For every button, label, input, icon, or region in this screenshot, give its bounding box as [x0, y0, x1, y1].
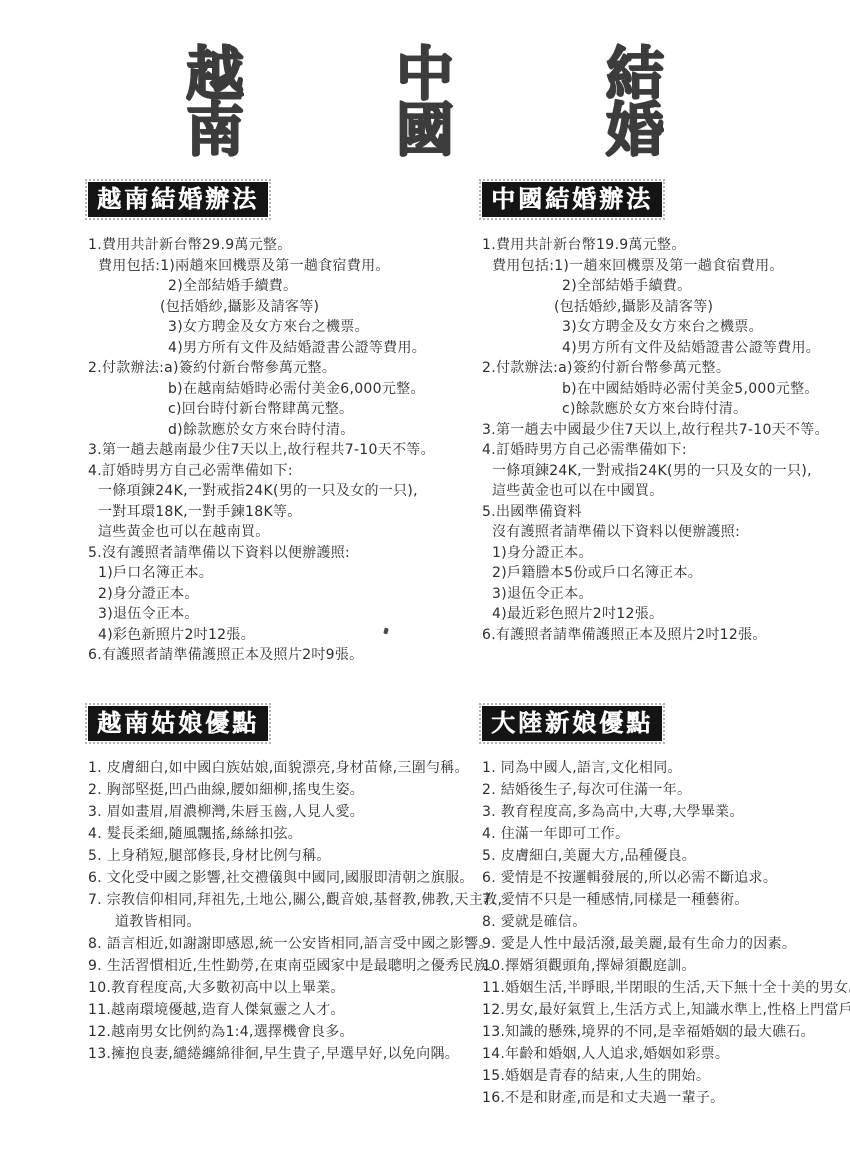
text-line: 8. 愛就是確信。 [482, 911, 850, 933]
text-line: 7. 宗教信仰相同,拜祖先,土地公,關公,觀音娘,基督教,佛教,天主教, [88, 889, 468, 911]
text-line: 2)身分證正本。 [88, 584, 460, 605]
text-line: 7. 愛情不只是一種感情,同樣是一種藝術。 [482, 889, 850, 911]
text-line: 5.出國準備資料 [482, 502, 848, 523]
text-line: 2)全部結婚手續費。 [88, 276, 460, 297]
text-line: 12.男女,最好氣質上,生活方式上,知識水準上,性格上門當戶對。 [482, 999, 850, 1021]
text-line: (包括婚紗,攝影及請客等) [88, 297, 460, 318]
text-line: 10.教育程度高,大多數初高中以上畢業。 [88, 977, 468, 999]
text-line: 11.越南環境優越,造育人傑氣靈之人才。 [88, 999, 468, 1021]
text-line: 4. 髮長柔細,隨風飄搖,絲絲扣弦。 [88, 823, 468, 845]
text-line: 1. 同為中國人,語言,文化相同。 [482, 757, 850, 779]
title-word-china: 中 國 [396, 46, 454, 158]
section-vietnam-girls-advantages: 越南姑娘優點 1. 皮膚細白,如中國白族姑娘,面貌漂亮,身材苗條,三圍勻稱。2.… [88, 706, 468, 1065]
text-line: 12.越南男女比例約為1:4,選擇機會良多。 [88, 1021, 468, 1043]
text-line: 4)最近彩色照片2吋12張。 [482, 604, 848, 625]
text-line: 一條項鍊24K,一對戒指24K(男的一只及女的一只), [482, 461, 848, 482]
title-char: 結 [606, 46, 664, 102]
text-line: 3. 眉如畫眉,眉濃柳灣,朱唇玉齒,人見人愛。 [88, 801, 468, 823]
text-line: 3. 教育程度高,多為高中,大專,大學畢業。 [482, 801, 850, 823]
text-line: 6.有護照者請準備護照正本及照片2吋9張。 [88, 645, 460, 666]
section-vietnam-marriage-procedure: 越南結婚辦法 1.費用共計新台幣29.9萬元整。費用包括:1)兩趟來回機票及第一… [88, 182, 460, 666]
section-body-china-procedure: 1.費用共計新台幣19.9萬元整。費用包括:1)一趟來回機票及第一趟食宿費用。2… [482, 235, 848, 645]
title-char: 婚 [606, 102, 664, 158]
text-line: 6. 文化受中國之影響,社交禮儀與中國同,國服即清朝之旗服。 [88, 867, 468, 889]
text-line: 6.有護照者請準備護照正本及照片2吋12張。 [482, 625, 848, 646]
text-line: 3.第一趟去中國最少住7天以上,故行程共7-10天不等。 [482, 420, 848, 441]
title-char: 越 [186, 46, 244, 102]
title-word-vietnam: 越 南 [186, 46, 244, 158]
text-line: 10.擇婿須觀頭角,擇婦須觀庭訓。 [482, 955, 850, 977]
text-line: 2.付款辦法:a)簽約付新台幣參萬元整。 [482, 358, 848, 379]
text-line: 費用包括:1)一趟來回機票及第一趟食宿費用。 [482, 256, 848, 277]
text-line: 3)女方聘金及女方來台之機票。 [88, 317, 460, 338]
text-line: b)在中國結婚時必需付美金5,000元整。 [482, 379, 848, 400]
text-line: 1.費用共計新台幣19.9萬元整。 [482, 235, 848, 256]
text-line: 4.訂婚時男方自己必需準備如下: [88, 461, 460, 482]
text-line: (包括婚紗,攝影及請客等) [482, 297, 848, 318]
text-line: 5. 皮膚細白,美麗大方,品種優良。 [482, 845, 850, 867]
text-line: 費用包括:1)兩趟來回機票及第一趟食宿費用。 [88, 256, 460, 277]
text-line: c)回台時付新台幣肆萬元整。 [88, 399, 460, 420]
text-line: 5. 上身稍短,腿部修長,身材比例勻稱。 [88, 845, 468, 867]
text-line: 1)身分證正本。 [482, 543, 848, 564]
text-line: 5.沒有護照者請準備以下資料以便辦護照: [88, 543, 460, 564]
section-china-marriage-procedure: 中國結婚辦法 1.費用共計新台幣19.9萬元整。費用包括:1)一趟來回機票及第一… [482, 182, 848, 645]
text-line: 這些黃金也可以在越南買。 [88, 522, 460, 543]
text-line: 2.付款辦法:a)簽約付新台幣參萬元整。 [88, 358, 460, 379]
text-line: 這些黃金也可以在中國買。 [482, 481, 848, 502]
section-header-vietnam-advantages: 越南姑娘優點 [88, 706, 268, 741]
text-line: 2)全部結婚手續費。 [482, 276, 848, 297]
text-line: 9. 生活習慣相近,生性勤勞,在東南亞國家中是最聰明之優秀民族。 [88, 955, 468, 977]
text-line: 道教皆相同。 [88, 911, 468, 933]
section-body-vietnam-procedure: 1.費用共計新台幣29.9萬元整。費用包括:1)兩趟來回機票及第一趟食宿費用。2… [88, 235, 460, 666]
text-line: 4. 住滿一年即可工作。 [482, 823, 850, 845]
section-body-vietnam-advantages: 1. 皮膚細白,如中國白族姑娘,面貌漂亮,身材苗條,三圍勻稱。2. 胸部堅挺,凹… [88, 757, 468, 1065]
text-line: 4)男方所有文件及結婚證書公證等費用。 [482, 338, 848, 359]
text-line: 3)退伍令正本。 [88, 604, 460, 625]
title-char: 南 [186, 102, 244, 158]
text-line: c)餘款應於女方來台時付清。 [482, 399, 848, 420]
text-line: 9. 愛是人性中最活潑,最美麗,最有生命力的因素。 [482, 933, 850, 955]
text-line: 一條項鍊24K,一對戒指24K(男的一只及女的一只), [88, 481, 460, 502]
text-line: 4)彩色新照片2吋12張。 [88, 625, 460, 646]
text-line: 2. 胸部堅挺,凹凸曲線,腰如細柳,搖曳生姿。 [88, 779, 468, 801]
text-line: 8. 語言相近,如謝謝即感恩,統一公安皆相同,語言受中國之影響。 [88, 933, 468, 955]
title-char: 國 [396, 102, 454, 158]
text-line: 11.婚姻生活,半睜眼,半閉眼的生活,天下無十全十美的男女。 [482, 977, 850, 999]
text-line: 16.不是和財產,而是和丈夫過一輩子。 [482, 1087, 850, 1109]
text-line: 13.知識的懸殊,境界的不同,是幸福婚姻的最大礁石。 [482, 1021, 850, 1043]
text-line: 3)退伍令正本。 [482, 584, 848, 605]
section-mainland-brides-advantages: 大陸新娘優點 1. 同為中國人,語言,文化相同。2. 結婚後生子,每次可住滿一年… [482, 706, 850, 1109]
text-line: 4.訂婚時男方自己必需準備如下: [482, 440, 848, 461]
section-header-vietnam-procedure: 越南結婚辦法 [88, 182, 268, 217]
text-line: 3.第一趟去越南最少住7天以上,故行程共7-10天不等。 [88, 440, 460, 461]
section-header-china-procedure: 中國結婚辦法 [482, 182, 662, 217]
text-line: 6. 愛情是不按邏輯發展的,所以必需不斷追求。 [482, 867, 850, 889]
text-line: b)在越南結婚時必需付美金6,000元整。 [88, 379, 460, 400]
text-line: 2)戶籍謄本5份或戶口名簿正本。 [482, 563, 848, 584]
text-line: 1)戶口名簿正本。 [88, 563, 460, 584]
document-title: 越 南 中 國 結 婚 [0, 46, 850, 158]
text-line: 4)男方所有文件及結婚證書公證等費用。 [88, 338, 460, 359]
text-line: 沒有護照者請準備以下資料以便辦護照: [482, 522, 848, 543]
text-line: 14.年齡和婚姻,人人追求,婚姻如彩票。 [482, 1043, 850, 1065]
text-line: 3)女方聘金及女方來台之機票。 [482, 317, 848, 338]
title-char: 中 [396, 46, 454, 102]
section-header-mainland-advantages: 大陸新娘優點 [482, 706, 662, 741]
text-line: 15.婚姻是青春的結束,人生的開始。 [482, 1065, 850, 1087]
title-word-marriage: 結 婚 [606, 46, 664, 158]
section-body-mainland-advantages: 1. 同為中國人,語言,文化相同。2. 結婚後生子,每次可住滿一年。3. 教育程… [482, 757, 850, 1109]
text-line: 13.擁抱良妻,繾綣纏綿徘徊,早生貴子,早選早好,以免向隅。 [88, 1043, 468, 1065]
text-line: 1.費用共計新台幣29.9萬元整。 [88, 235, 460, 256]
text-line: 2. 結婚後生子,每次可住滿一年。 [482, 779, 850, 801]
text-line: 一對耳環18K,一對手鍊18K等。 [88, 502, 460, 523]
text-line: 1. 皮膚細白,如中國白族姑娘,面貌漂亮,身材苗條,三圍勻稱。 [88, 757, 468, 779]
text-line: d)餘款應於女方來台時付清。 [88, 420, 460, 441]
